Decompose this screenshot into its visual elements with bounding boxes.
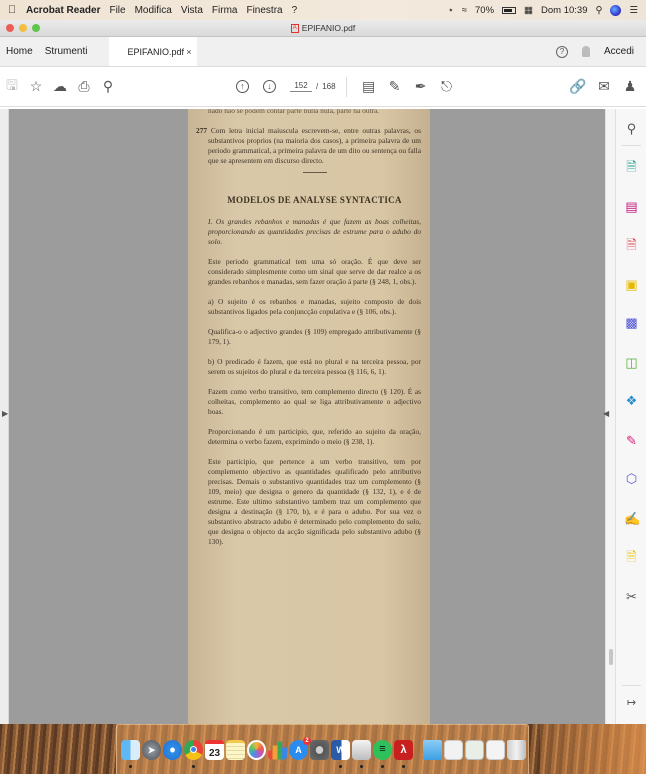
- title-bar: AEPIFANIO.pdf: [0, 20, 646, 37]
- dock-document-stack-1[interactable]: [444, 740, 463, 760]
- dock-calendar-icon[interactable]: 23: [205, 740, 224, 760]
- paragraph-277-text: Com letra inicial maiuscula escrevem-se,…: [208, 126, 421, 165]
- scrollbar-thumb[interactable]: [609, 649, 613, 665]
- fill-sign-icon[interactable]: ✎: [624, 433, 639, 449]
- analysis-paragraph-2: a) O sujeito é os rebanhos e manadas, su…: [208, 297, 421, 317]
- window-title-text: EPIFANIO.pdf: [302, 23, 355, 33]
- page-text-top-line: nado não se podem contar parte nulla nul…: [208, 109, 421, 116]
- page-down-icon[interactable]: ↓: [263, 80, 276, 93]
- compare-files-icon[interactable]: ◫: [624, 355, 639, 371]
- dock-word-icon[interactable]: W: [331, 740, 350, 760]
- dock-app-store-icon[interactable]: A2: [289, 740, 308, 760]
- tab-document[interactable]: EPIFANIO.pdf ×: [109, 37, 197, 66]
- page-separator: /: [316, 82, 318, 91]
- toolbar-divider: [346, 77, 347, 97]
- organize-pages-icon[interactable]: ▤: [624, 199, 639, 215]
- dock-document-stack-2[interactable]: [465, 740, 484, 760]
- notification-center-icon[interactable]: ☰: [629, 5, 638, 16]
- panel-divider: [622, 685, 641, 686]
- dock-photos-icon[interactable]: [247, 740, 266, 760]
- document-viewport: ▶ nado não se podem contar parte nulla n…: [0, 109, 646, 724]
- link-icon[interactable]: 🔗: [566, 78, 590, 95]
- pdf-page: nado não se podem contar parte nulla nul…: [188, 109, 430, 724]
- analysis-paragraph-7: Este participio, que pertence a um verbo…: [208, 457, 421, 547]
- menu-app-name[interactable]: Acrobat Reader: [26, 5, 100, 16]
- star-icon[interactable]: ☆: [24, 78, 48, 95]
- menu-vista[interactable]: Vista: [181, 5, 203, 16]
- scan-ocr-icon[interactable]: ❖: [624, 393, 639, 409]
- paragraph-number: 277: [196, 126, 207, 135]
- section-heading: MODELOS DE ANALYSE SYNTACTICA: [208, 195, 421, 205]
- dock-trash-icon[interactable]: [507, 740, 526, 760]
- help-icon[interactable]: ?: [556, 46, 568, 58]
- more-tools-icon[interactable]: ✂: [624, 589, 639, 605]
- apple-menu-icon[interactable]: : [8, 4, 20, 16]
- close-tab-icon[interactable]: ×: [186, 47, 191, 57]
- total-pages: 168: [322, 82, 335, 91]
- print-icon[interactable]: ⎙: [72, 78, 96, 95]
- running-indicator: [381, 765, 384, 768]
- running-indicator: [192, 765, 195, 768]
- menu-modifica[interactable]: Modifica: [135, 5, 172, 16]
- user-add-icon[interactable]: ♟: [618, 78, 642, 95]
- dock-finder-icon[interactable]: [121, 740, 140, 760]
- example-sentence: I. Os grandes rebanhos e manadas é que f…: [208, 217, 421, 247]
- menu-file[interactable]: File: [109, 5, 125, 16]
- word-letter: W: [336, 745, 345, 755]
- current-page-input[interactable]: 152: [290, 81, 312, 92]
- edit-pdf-icon[interactable]: ▩: [624, 315, 639, 331]
- dock-printer-icon[interactable]: [352, 740, 371, 760]
- protect-icon[interactable]: ⬡: [624, 471, 639, 487]
- dock-system-preferences-icon[interactable]: [310, 740, 329, 760]
- right-tools-panel: ◀ ⚲ 🗎 ▤ 🗎 ▣ ▩ ◫ ❖ ✎ ⬡ ✍ 🗎 ✂ ↦: [615, 109, 646, 724]
- save-icon[interactable]: 🖫: [0, 75, 24, 99]
- paragraph-277: 277 Com letra inicial maiuscula escrevem…: [208, 126, 421, 166]
- panel-divider: [622, 145, 641, 146]
- dock: ➤ 23 A2 W ≡ λ: [116, 724, 529, 774]
- send-track-icon[interactable]: 🗎: [624, 549, 639, 565]
- analysis-paragraph-5: Fazem como verbo transitivo, tem complem…: [208, 387, 421, 417]
- page-indicator: 152 / 168: [290, 81, 336, 92]
- page-up-icon[interactable]: ↑: [236, 80, 249, 93]
- comment-tool-icon[interactable]: ▣: [624, 277, 639, 293]
- dock-launchpad-icon[interactable]: ➤: [142, 740, 161, 760]
- spotlight-search-icon[interactable]: ⚲: [596, 5, 603, 16]
- tab-bar: Home Strumenti EPIFANIO.pdf × ? Accedi: [0, 37, 646, 67]
- analysis-paragraph-1: Este periodo grammatical tem uma só oraç…: [208, 257, 421, 287]
- analysis-paragraph-6: Proporcionando é um participio, que, ref…: [208, 427, 421, 447]
- dock-chrome-icon[interactable]: [184, 740, 203, 760]
- menu-firma[interactable]: Firma: [212, 5, 238, 16]
- tab-tools[interactable]: Strumenti: [39, 37, 94, 66]
- dock-spotify-icon[interactable]: ≡: [373, 740, 392, 760]
- wifi-icon[interactable]: ≈: [462, 5, 467, 16]
- wallpaper-glow: [540, 720, 646, 774]
- sign-in-button[interactable]: Accedi: [604, 46, 634, 57]
- dock-document-stack-3[interactable]: [486, 740, 505, 760]
- running-indicator: [360, 765, 363, 768]
- tab-document-label: EPIFANIO.pdf: [127, 47, 184, 57]
- collapse-right-panel-icon[interactable]: ◀: [603, 409, 609, 418]
- export-pdf-icon[interactable]: 🗎: [624, 159, 639, 175]
- dock-folder-icon[interactable]: [423, 740, 442, 760]
- comment-icon[interactable]: ▤: [357, 78, 381, 95]
- clock[interactable]: Dom 10:39: [541, 5, 587, 16]
- running-indicator: [129, 765, 132, 768]
- expand-left-panel-icon[interactable]: ▶: [2, 409, 8, 418]
- collapse-panel-icon[interactable]: ↦: [624, 695, 639, 711]
- calculator-icon[interactable]: ▦: [524, 5, 533, 16]
- analysis-paragraph-3: Qualifica-o o adjectivo grandes (§ 109) …: [208, 327, 421, 347]
- dock-acrobat-reader-icon[interactable]: λ: [394, 740, 413, 760]
- bluetooth-icon[interactable]: ⋆: [448, 5, 454, 16]
- window-title: AEPIFANIO.pdf: [0, 23, 646, 33]
- sign-icon[interactable]: ✒: [409, 78, 433, 95]
- create-pdf-icon[interactable]: 🗎: [624, 237, 639, 253]
- zoom-tool-icon[interactable]: ⚲: [624, 121, 639, 137]
- mail-icon[interactable]: ✉: [592, 78, 616, 95]
- running-indicator: [402, 765, 405, 768]
- pdf-file-icon: A: [291, 24, 299, 33]
- dock-safari-icon[interactable]: [163, 740, 182, 760]
- example-sentence-text: I. Os grandes rebanhos e manadas é que f…: [208, 217, 421, 246]
- dock-notes-icon[interactable]: [226, 740, 245, 760]
- upload-cloud-icon[interactable]: ☁: [48, 78, 72, 95]
- battery-icon[interactable]: [502, 7, 516, 14]
- send-for-signature-icon[interactable]: ✍: [624, 511, 639, 527]
- notifications-bell-icon[interactable]: [582, 46, 590, 57]
- zoom-search-icon[interactable]: ⚲: [96, 78, 120, 95]
- left-panel-toggle[interactable]: ▶: [0, 109, 9, 724]
- menu-bar:  Acrobat Reader File Modifica Vista Fir…: [0, 0, 646, 20]
- running-indicator: [339, 765, 342, 768]
- menu-finestra[interactable]: Finestra: [246, 5, 282, 16]
- battery-percent[interactable]: 70%: [475, 5, 494, 16]
- section-rule: [303, 172, 327, 173]
- share-icon[interactable]: ⎋: [435, 78, 459, 95]
- dock-numbers-icon[interactable]: [268, 740, 287, 760]
- tab-home[interactable]: Home: [0, 37, 39, 66]
- menu-help[interactable]: ?: [292, 5, 298, 16]
- analysis-paragraph-4: b) O predicado é fazem, que está no plur…: [208, 357, 421, 377]
- pen-highlight-icon[interactable]: ✎: [383, 78, 407, 95]
- toolbar: 🖫 ☆ ☁ ⎙ ⚲ ↑ ↓ 152 / 168 ▤ ✎ ✒ ⎋ 🔗 ✉ ♟: [0, 67, 646, 107]
- acrobat-window: AEPIFANIO.pdf Home Strumenti EPIFANIO.pd…: [0, 20, 646, 724]
- siri-icon[interactable]: [610, 5, 621, 16]
